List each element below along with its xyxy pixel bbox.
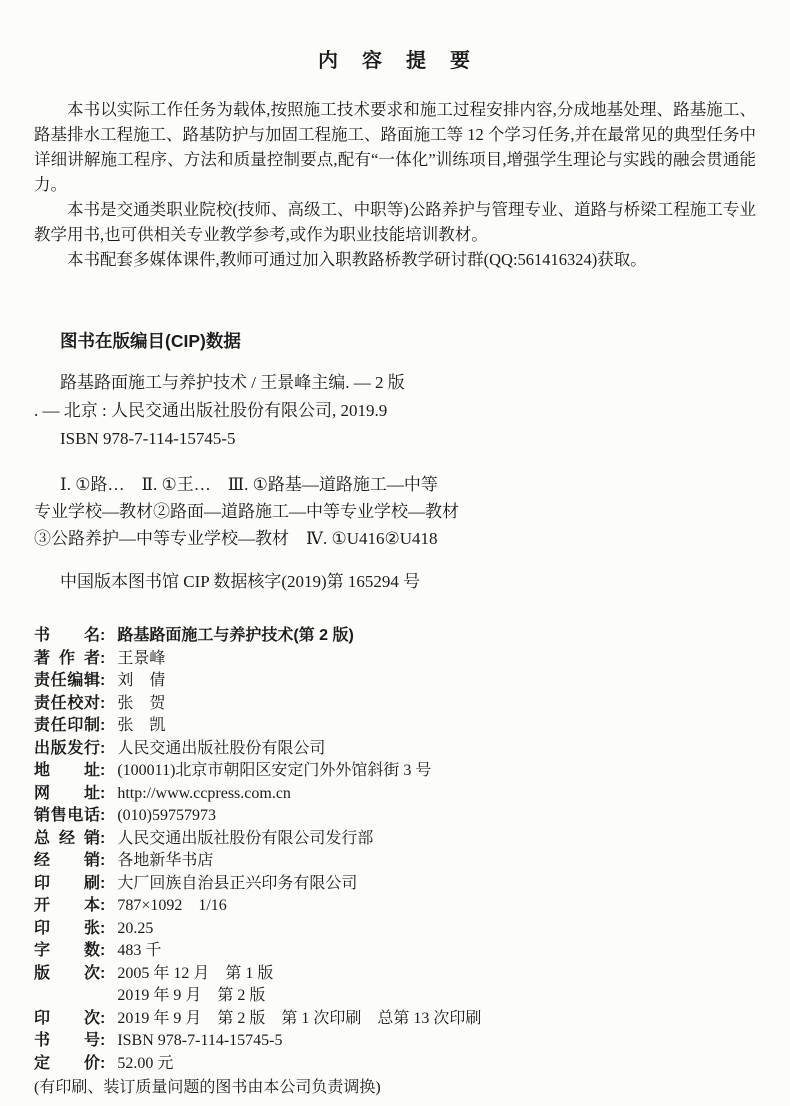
cip-block: 图书在版编目(CIP)数据 路基路面施工与养护技术 / 王景峰主编. — 2 版…: [34, 328, 756, 595]
colophon-value: (100011)北京市朝阳区安定门外外馆斜街 3 号: [105, 760, 756, 783]
colophon-value: 各地新华书店: [105, 850, 756, 873]
colophon-value: 2019 年 9 月 第 2 版 第 1 次印刷 总第 13 次印刷: [105, 1008, 756, 1031]
colophon-value: 人民交通出版社股份有限公司: [105, 738, 756, 761]
colophon-row-word-count: 字数: 483 千: [34, 940, 756, 963]
colophon-row-author: 著作者: 王景峰: [34, 648, 756, 671]
colophon-label: 网址: [34, 783, 100, 806]
quality-exchange-note: (有印刷、装订质量问题的图书由本公司负责调换): [34, 1076, 756, 1099]
colophon-label: 经销: [34, 850, 100, 873]
copyright-page: 内 容 提 要 本书以实际工作任务为载体,按照施工技术要求和施工过程安排内容,分…: [0, 0, 790, 1106]
colophon-row-impression: 印次: 2019 年 9 月 第 2 版 第 1 次印刷 总第 13 次印刷: [34, 1008, 756, 1031]
colophon-value: 路基路面施工与养护技术(第 2 版): [105, 625, 756, 648]
colophon-label: 书名: [34, 625, 100, 648]
cip-record-line: 路基路面施工与养护技术 / 王景峰主编. — 2 版: [34, 369, 756, 397]
colophon-label: 销售电话: [34, 805, 100, 828]
summary-paragraph: 本书以实际工作任务为载体,按照施工技术要求和施工过程安排内容,分成地基处理、路基…: [34, 97, 756, 197]
colophon-value: 52.00 元: [105, 1053, 756, 1076]
content-summary: 本书以实际工作任务为载体,按照施工技术要求和施工过程安排内容,分成地基处理、路基…: [34, 97, 756, 272]
colophon-label: 版次: [34, 963, 100, 986]
colophon-row-publisher: 出版发行: 人民交通出版社股份有限公司: [34, 738, 756, 761]
cip-record-line: . — 北京 : 人民交通出版社股份有限公司, 2019.9: [34, 397, 756, 425]
page-title: 内 容 提 要: [34, 44, 756, 73]
summary-paragraph: 本书是交通类职业院校(技师、高级工、中职等)公路养护与管理专业、道路与桥梁工程施…: [34, 197, 756, 247]
cip-record: 路基路面施工与养护技术 / 王景峰主编. — 2 版 . — 北京 : 人民交通…: [34, 369, 756, 453]
cip-classification-line: ③公路养护—中等专业学校—教材 Ⅳ. ①U416②U418: [34, 525, 756, 552]
colophon-row-distributor: 经销: 各地新华书店: [34, 850, 756, 873]
colophon-value: 787×1092 1/16: [105, 895, 756, 918]
cip-classification: Ⅰ. ①路… Ⅱ. ①王… Ⅲ. ①路基—道路施工—中等 专业学校—教材②路面—…: [34, 471, 756, 552]
colophon-value: 2005 年 12 月 第 1 版 2019 年 9 月 第 2 版: [105, 963, 756, 1008]
colophon-row-book-title: 书名: 路基路面施工与养护技术(第 2 版): [34, 625, 756, 648]
colophon-value: 483 千: [105, 940, 756, 963]
colophon-label: 著作者: [34, 648, 100, 671]
colophon-label: 印张: [34, 918, 100, 941]
colophon-value: http://www.ccpress.com.cn: [105, 783, 756, 806]
colophon-label: 地址: [34, 760, 100, 783]
colophon-label: 责任校对: [34, 693, 100, 716]
colophon-row-general-distributor: 总经销: 人民交通出版社股份有限公司发行部: [34, 828, 756, 851]
colophon-value: 人民交通出版社股份有限公司发行部: [105, 828, 756, 851]
colophon-label: 字数: [34, 940, 100, 963]
colophon-label: 出版发行: [34, 738, 100, 761]
colophon-row-print-supervisor: 责任印制: 张 凯: [34, 715, 756, 738]
cip-classification-line: 专业学校—教材②路面—道路施工—中等专业学校—教材: [34, 498, 756, 525]
colophon-value: 张 贺: [105, 693, 756, 716]
cip-classification-line: Ⅰ. ①路… Ⅱ. ①王… Ⅲ. ①路基—道路施工—中等: [34, 471, 756, 498]
colophon-label: 印次: [34, 1008, 100, 1031]
colophon-value: 王景峰: [105, 648, 756, 671]
colophon-value: 20.25: [105, 918, 756, 941]
colophon-value: 刘 倩: [105, 670, 756, 693]
colophon-row-edition: 版次: 2005 年 12 月 第 1 版 2019 年 9 月 第 2 版: [34, 963, 756, 1008]
colophon-row-sheets: 印张: 20.25: [34, 918, 756, 941]
cip-registry-number: 中国版本图书馆 CIP 数据核字(2019)第 165294 号: [34, 568, 756, 595]
cip-isbn-line: ISBN 978-7-114-15745-5: [34, 425, 756, 453]
colophon: 书名: 路基路面施工与养护技术(第 2 版) 著作者: 王景峰 责任编辑: 刘 …: [34, 625, 756, 1099]
colophon-row-address: 地址: (100011)北京市朝阳区安定门外外馆斜街 3 号: [34, 760, 756, 783]
colophon-label: 书号: [34, 1030, 100, 1053]
summary-paragraph: 本书配套多媒体课件,教师可通过加入职教路桥教学研讨群(QQ:561416324)…: [34, 247, 756, 272]
cip-heading: 图书在版编目(CIP)数据: [34, 328, 756, 353]
colophon-value: 张 凯: [105, 715, 756, 738]
colophon-label: 总经销: [34, 828, 100, 851]
colophon-row-price: 定价: 52.00 元: [34, 1053, 756, 1076]
colophon-label: 印刷: [34, 873, 100, 896]
colophon-row-printer: 印刷: 大厂回族自治县正兴印务有限公司: [34, 873, 756, 896]
colophon-row-proofreader: 责任校对: 张 贺: [34, 693, 756, 716]
colophon-row-website: 网址: http://www.ccpress.com.cn: [34, 783, 756, 806]
colophon-row-isbn: 书号: ISBN 978-7-114-15745-5: [34, 1030, 756, 1053]
colophon-row-format: 开本: 787×1092 1/16: [34, 895, 756, 918]
colophon-value: 大厂回族自治县正兴印务有限公司: [105, 873, 756, 896]
colophon-value: (010)59757973: [105, 805, 756, 828]
colophon-label: 开本: [34, 895, 100, 918]
colophon-row-editor: 责任编辑: 刘 倩: [34, 670, 756, 693]
colophon-row-sales-phone: 销售电话: (010)59757973: [34, 805, 756, 828]
colophon-label: 责任编辑: [34, 670, 100, 693]
colophon-label: 定价: [34, 1053, 100, 1076]
colophon-value: ISBN 978-7-114-15745-5: [105, 1030, 756, 1053]
colophon-label: 责任印制: [34, 715, 100, 738]
